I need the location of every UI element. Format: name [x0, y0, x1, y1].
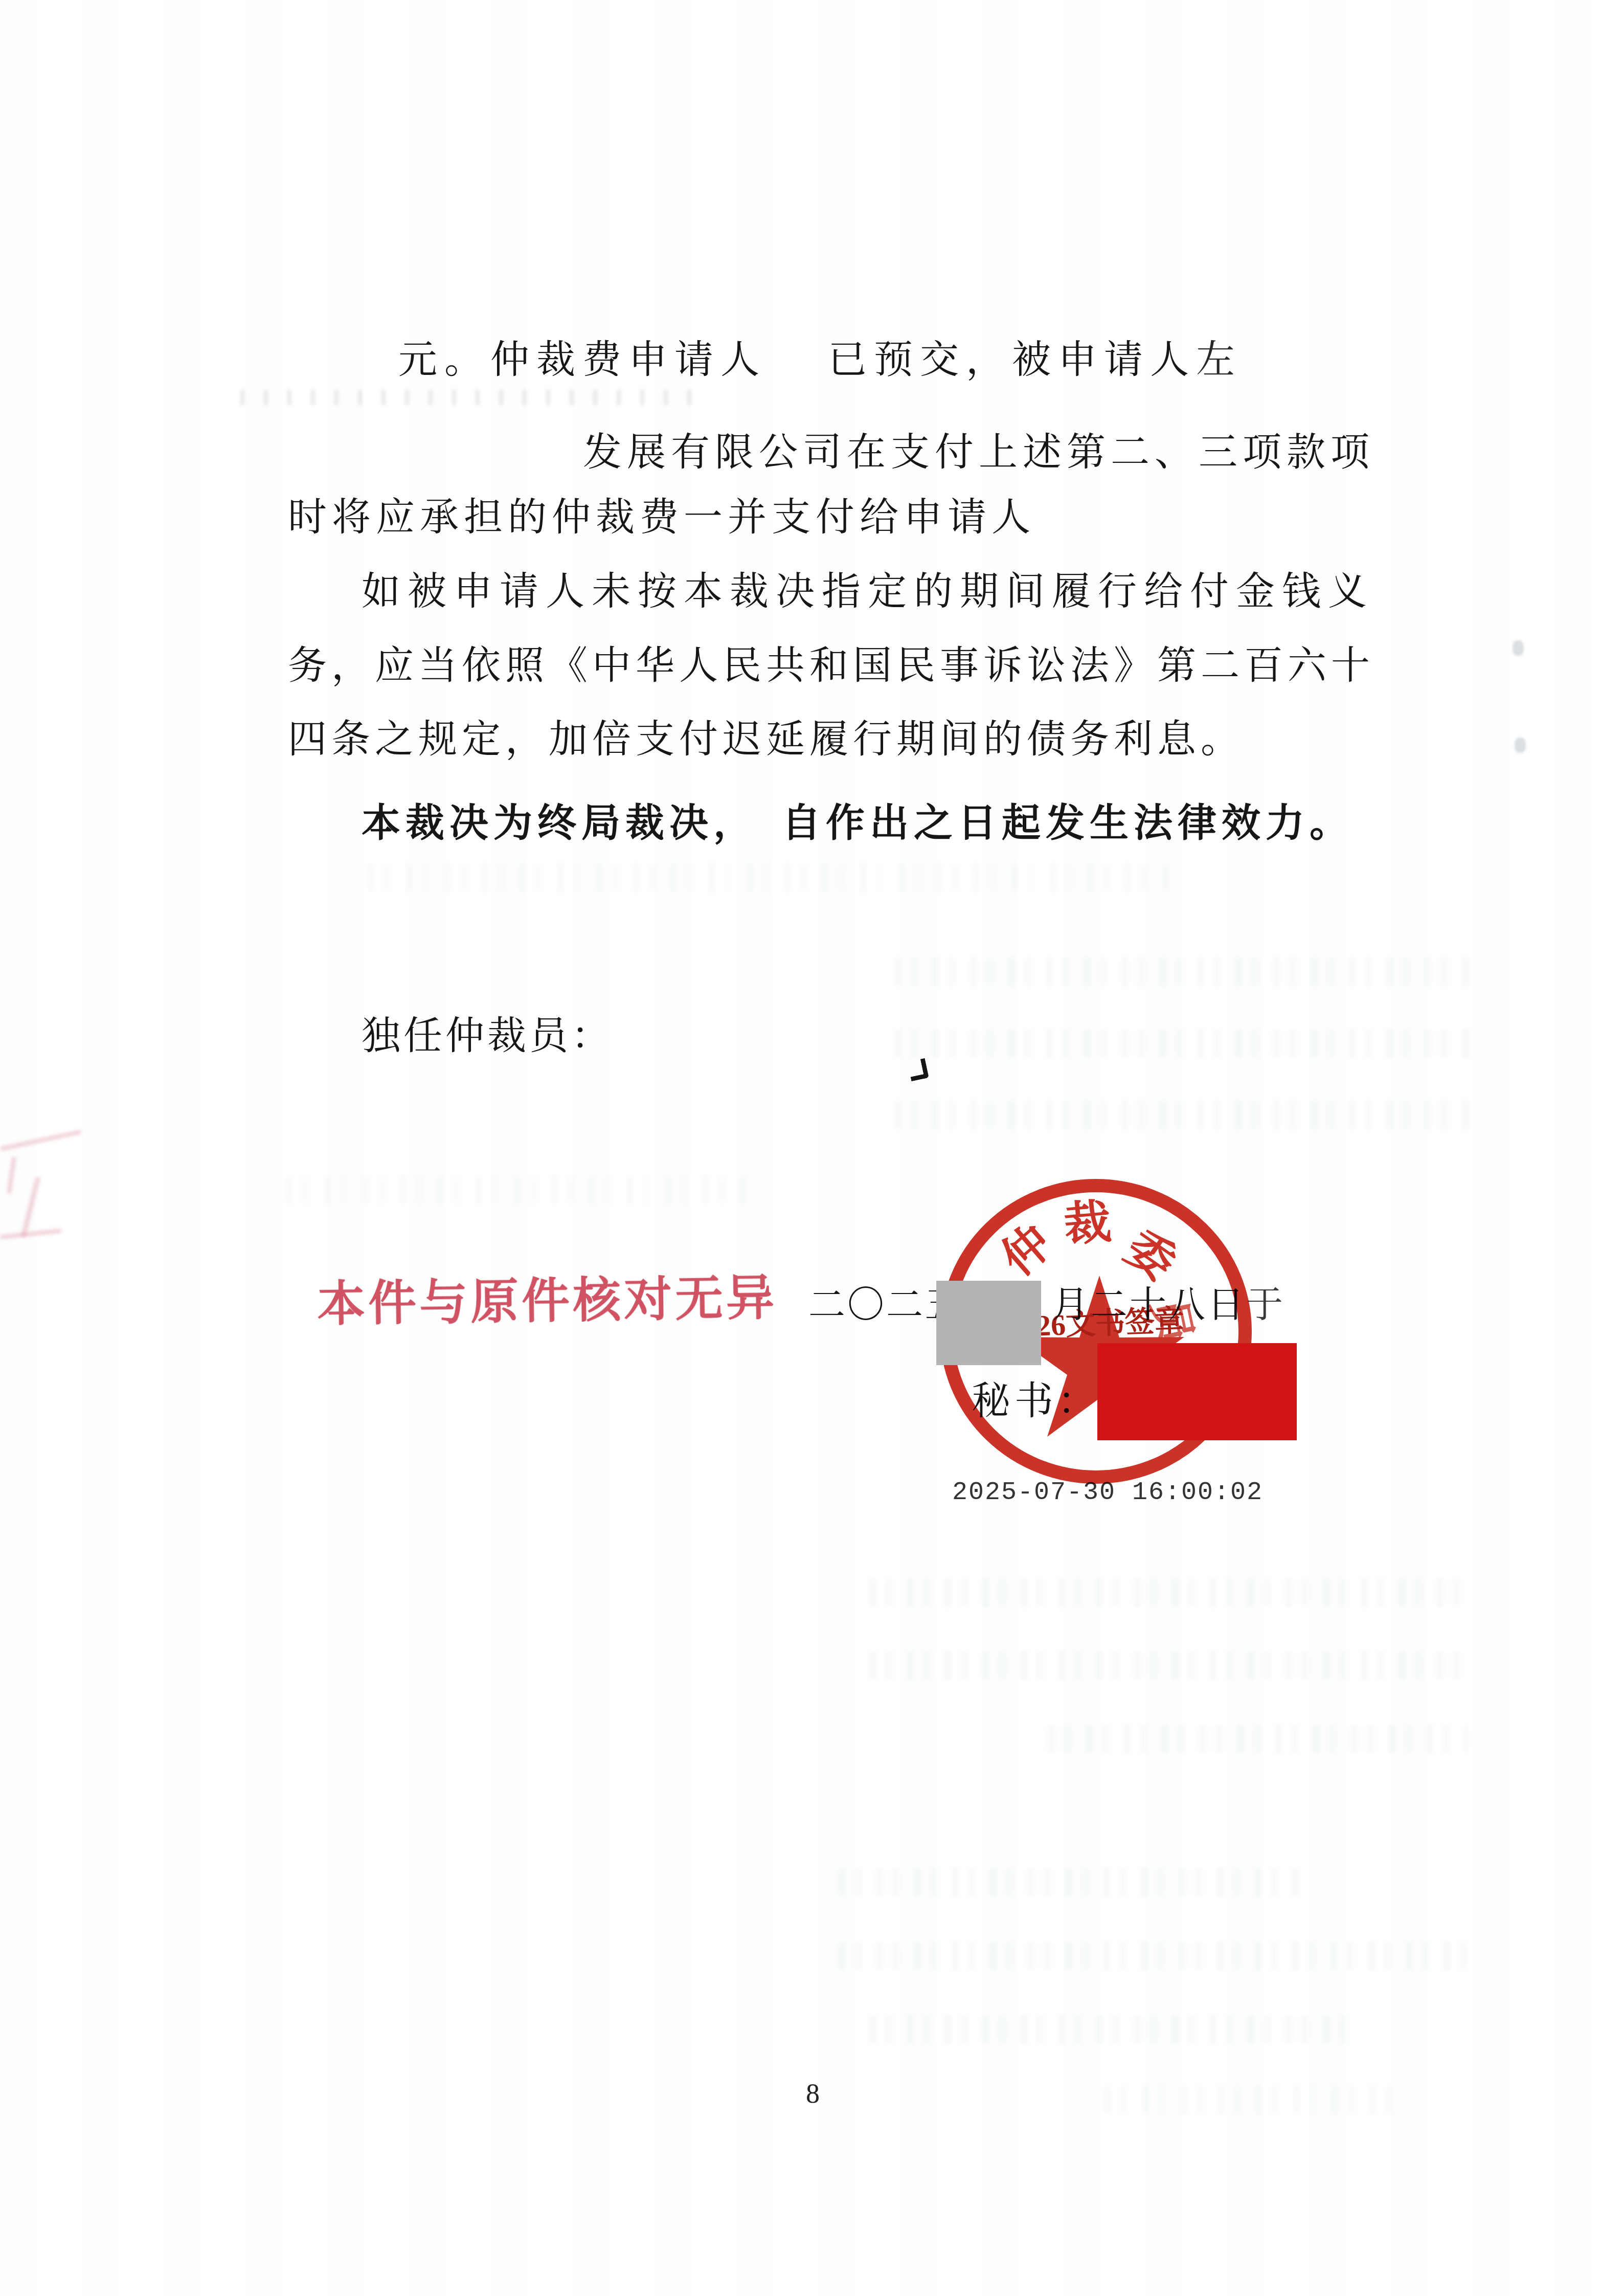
- arbitrator-label: 独任仲裁员：: [362, 1015, 613, 1058]
- gray-redaction-box: [936, 1281, 1041, 1365]
- body-line-1-suffix: 已预交，被申请人: [828, 339, 1196, 382]
- ghost-text-artifact: [869, 1578, 1468, 1607]
- ghost-text-artifact: [1048, 1725, 1468, 1753]
- red-smudge-artifact: [0, 1229, 61, 1239]
- body-para2-line-1: 如被申请人未按本裁决指定的期间履行给付金钱义: [362, 560, 1374, 616]
- ghost-text-artifact: [368, 863, 1176, 892]
- body-para2-line-3: 四条之规定，加倍支付迟延履行期间的债务利息。: [288, 708, 1244, 764]
- body-para2-line-2-text: 务，应当依照《中华人民共和国民事诉讼法》第二百六十: [288, 644, 1374, 687]
- red-smudge-artifact: [1, 1129, 81, 1151]
- ghost-text-artifact: [895, 1101, 1473, 1129]
- red-smudge-artifact: [21, 1177, 41, 1238]
- date-line-right: 月二十八日: [1052, 1275, 1246, 1328]
- date-trailing-text: 于: [1246, 1284, 1285, 1325]
- body-para2-line-1-text: 如被申请人未按本裁决指定的期间履行给付金钱义: [362, 570, 1374, 613]
- copy-verification-stamp-text: 本件与原件核对无异: [317, 1272, 777, 1332]
- body-line-3: 时将应承担的仲裁费一并支付给申请人: [288, 486, 1035, 542]
- date-trailing-char: 于: [1246, 1275, 1285, 1328]
- scan-speck-artifact: [1513, 640, 1524, 656]
- ghost-text-artifact: [895, 957, 1473, 986]
- final-ruling-line: 本裁决为终局裁决， 自作出之日起发生法律效力。: [362, 792, 1354, 848]
- ghost-text-artifact: [1104, 2086, 1401, 2114]
- body-line-3-text: 时将应承担的仲裁费一并支付给申请人: [288, 496, 1035, 539]
- body-para2-line-3-text: 四条之规定，加倍支付迟延履行期间的债务利息。: [288, 718, 1244, 761]
- ghost-text-artifact: [869, 2015, 1355, 2044]
- ghost-text-artifact: [869, 1651, 1468, 1680]
- body-line-1-partial-char: 左: [1196, 339, 1242, 382]
- esign-timestamp-text: 2025-07-30 16:00:02: [952, 1478, 1263, 1507]
- blurred-redaction-artifact: [240, 390, 695, 405]
- ghost-text-artifact: [839, 1942, 1468, 1970]
- esign-timestamp: 2025-07-30 16:00:02: [952, 1478, 1263, 1507]
- arbitrator-label-line: 独任仲裁员：: [362, 1005, 613, 1060]
- ghost-text-artifact: [286, 1175, 747, 1204]
- page-number-text: 8: [806, 2078, 820, 2109]
- ghost-text-artifact: [839, 1868, 1299, 1897]
- body-line-1: 元。仲裁费申请人已预交，被申请人左: [398, 328, 1242, 384]
- copy-verification-stamp: 本件与原件核对无异: [317, 1259, 778, 1335]
- scan-speck-artifact: [1515, 738, 1526, 753]
- final-ruling-text: 本裁决为终局裁决， 自作出之日起发生法律效力。: [362, 802, 1354, 845]
- secretary-label-line: 秘书：: [972, 1370, 1100, 1425]
- page-number: 8: [806, 2078, 820, 2109]
- ghost-text-artifact: [895, 1029, 1473, 1058]
- seal-arc-char: 仲: [992, 1215, 1062, 1285]
- seal-arc-char: 裁: [1062, 1195, 1114, 1252]
- date-right-text: 月二十八日: [1052, 1284, 1246, 1325]
- scanned-arbitration-award-page: 元。仲裁费申请人已预交，被申请人左 发展有限公司在支付上述第二、三项款项 时将应…: [0, 0, 1623, 2296]
- body-line-2: 发展有限公司在支付上述第二、三项款项: [583, 421, 1374, 477]
- body-line-1-prefix: 元。仲裁费申请人: [398, 339, 767, 382]
- red-redaction-box: [1097, 1343, 1297, 1440]
- body-line-2-text: 发展有限公司在支付上述第二、三项款项: [583, 431, 1374, 474]
- secretary-label: 秘书：: [972, 1380, 1100, 1423]
- red-smudge-artifact: [7, 1157, 16, 1194]
- body-para2-line-2: 务，应当依照《中华人民共和国民事诉讼法》第二百六十: [288, 634, 1374, 690]
- pen-mark: [907, 1058, 929, 1081]
